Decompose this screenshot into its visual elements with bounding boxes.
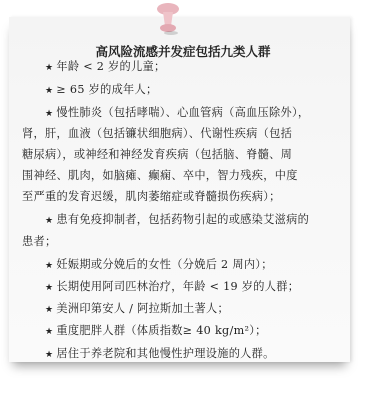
pushpin-icon <box>148 0 188 36</box>
criteria-line: ★居住于养老院和其他慢性护理设施的人群。 <box>45 345 275 361</box>
criteria-line: ★≥ 65 岁的成年人； <box>45 81 158 97</box>
criteria-text: 患有免疫抑制者，包括药物引起的或感染艾滋病的 <box>56 213 309 226</box>
star-icon: ★ <box>45 86 53 96</box>
criteria-text: 患者； <box>22 235 56 248</box>
criteria-text: 重度肥胖人群（体质指数≥ 40 kg/m²）； <box>56 324 266 337</box>
criteria-text: 围神经、肌肉，如脑瘫、癫痫、卒中，智力残疾，中度 <box>22 169 298 182</box>
star-icon: ★ <box>45 109 53 119</box>
criteria-line: 围神经、肌肉，如脑瘫、癫痫、卒中，智力残疾，中度 <box>22 167 298 183</box>
criteria-text: 美洲印第安人 / 阿拉斯加土著人； <box>56 302 229 315</box>
criteria-line: ★妊娠期或分娩后的女性（分娩后 2 周内）； <box>45 256 273 272</box>
star-icon: ★ <box>45 63 53 73</box>
star-icon: ★ <box>45 216 53 226</box>
star-icon: ★ <box>45 305 53 315</box>
criteria-line: 糖尿病），或神经和神经发育疾病（包括脑、脊髓、周 <box>22 146 292 162</box>
star-icon: ★ <box>45 350 53 360</box>
criteria-line: ★美洲印第安人 / 阿拉斯加土著人； <box>45 300 229 316</box>
criteria-line: ★患有免疫抑制者，包括药物引起的或感染艾滋病的 <box>45 211 309 227</box>
star-icon: ★ <box>45 261 53 271</box>
criteria-line: ★重度肥胖人群（体质指数≥ 40 kg/m²）； <box>45 322 267 338</box>
criteria-text: 年龄 < 2 岁的儿童； <box>56 60 165 73</box>
star-icon: ★ <box>45 283 53 293</box>
criteria-text: ≥ 65 岁的成年人； <box>56 83 157 96</box>
criteria-line: ★年龄 < 2 岁的儿童； <box>45 58 165 74</box>
criteria-line: 患者； <box>22 233 56 249</box>
criteria-text: 长期使用阿司匹林治疗，年龄 < 19 岁的人群； <box>56 280 299 293</box>
criteria-line: 肾，肝，血液（包括镰状细胞病）、代谢性疾病（包括 <box>22 125 292 141</box>
criteria-text: 居住于养老院和其他慢性护理设施的人群。 <box>56 347 274 360</box>
criteria-text: 慢性肺炎（包括哮喘）、心血管病（高血压除外）， <box>56 106 309 119</box>
criteria-line: ★慢性肺炎（包括哮喘）、心血管病（高血压除外）， <box>45 104 309 120</box>
star-icon: ★ <box>45 327 53 337</box>
criteria-text: 至严重的发育迟缓，肌肉萎缩症或脊髓损伤疾病）； <box>22 190 281 203</box>
criteria-line: 至严重的发育迟缓，肌肉萎缩症或脊髓损伤疾病）； <box>22 188 281 204</box>
criteria-line: ★长期使用阿司匹林治疗，年龄 < 19 岁的人群； <box>45 278 299 294</box>
criteria-text: 糖尿病），或神经和神经发育疾病（包括脑、脊髓、周 <box>22 148 292 161</box>
criteria-text: 妊娠期或分娩后的女性（分娩后 2 周内）； <box>56 258 272 271</box>
criteria-text: 肾，肝，血液（包括镰状细胞病）、代谢性疾病（包括 <box>22 127 292 140</box>
